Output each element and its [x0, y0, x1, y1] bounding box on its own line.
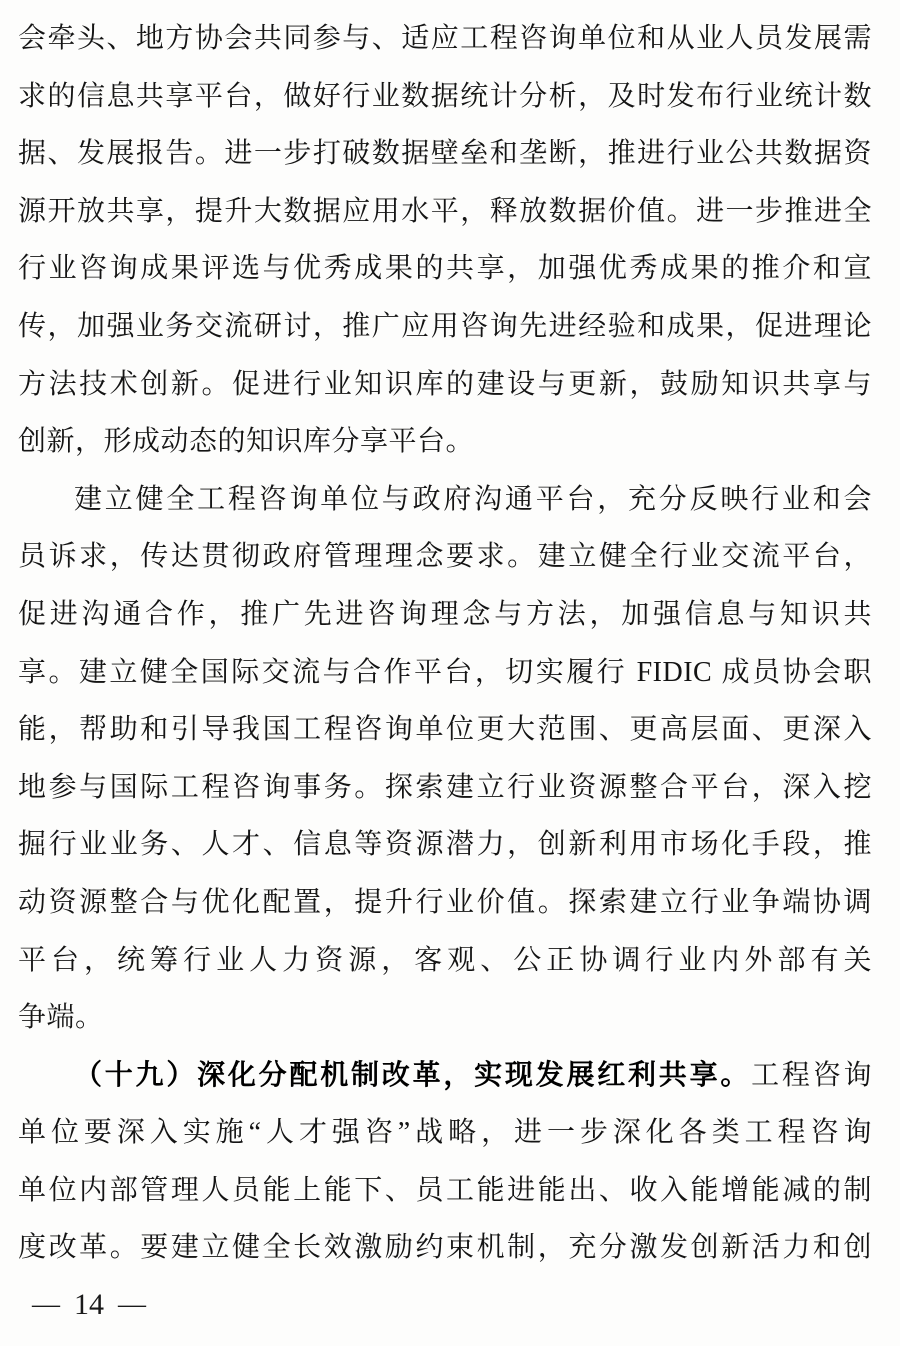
text-line: 平台，统筹行业人力资源，客观、公正协调行业内外部有关: [18, 932, 872, 990]
text-line: 据、发展报告。进一步打破数据壁垒和垄断，推进行业公共数据资: [18, 125, 872, 183]
text-line: 度改革。要建立健全长效激励约束机制，充分激发创新活力和创: [18, 1219, 872, 1277]
text-line: 地参与国际工程咨询事务。探索建立行业资源整合平台，深入挖: [18, 759, 872, 817]
paragraph-3: （十九）深化分配机制改革，实现发展红利共享。工程咨询 单位要深入实施“人才强咨”…: [18, 1047, 872, 1277]
text-line: 争端。: [18, 989, 872, 1047]
text-line: 享。建立健全国际交流与合作平台，切实履行 FIDIC 成员协会职: [18, 644, 872, 702]
document-page: 会牵头、地方协会共同参与、适应工程咨询单位和从业人员发展需 求的信息共享平台，做…: [0, 0, 900, 1346]
text-block: 会牵头、地方协会共同参与、适应工程咨询单位和从业人员发展需 求的信息共享平台，做…: [18, 10, 872, 1277]
text-line: 单位要深入实施“人才强咨”战略，进一步深化各类工程咨询: [18, 1104, 872, 1162]
page-footer: — 14 —: [18, 1286, 872, 1324]
text-line: 掘行业业务、人才、信息等资源潜力，创新利用市场化手段，推: [18, 816, 872, 874]
paragraph-2: 建立健全工程咨询单位与政府沟通平台，充分反映行业和会 员诉求，传达贯彻政府管理理…: [18, 471, 872, 1047]
text-line: 会牵头、地方协会共同参与、适应工程咨询单位和从业人员发展需: [18, 10, 872, 68]
text-line: 单位内部管理人员能上能下、员工能进能出、收入能增能减的制: [18, 1162, 872, 1220]
section-heading-line: （十九）深化分配机制改革，实现发展红利共享。工程咨询: [18, 1047, 872, 1105]
page-number: 14: [74, 1286, 104, 1324]
text-line: 促进沟通合作，推广先进咨询理念与方法，加强信息与知识共: [18, 586, 872, 644]
text-line: 建立健全工程咨询单位与政府沟通平台，充分反映行业和会: [18, 471, 872, 529]
text-line: 行业咨询成果评选与优秀成果的共享，加强优秀成果的推介和宣: [18, 240, 872, 298]
text-line: 能，帮助和引导我国工程咨询单位更大范围、更高层面、更深入: [18, 701, 872, 759]
footer-left-dash: —: [32, 1286, 60, 1324]
text-line: 方法技术创新。促进行业知识库的建设与更新，鼓励知识共享与: [18, 356, 872, 414]
footer-right-dash: —: [118, 1286, 146, 1324]
text-line: 动资源整合与优化配置，提升行业价值。探索建立行业争端协调: [18, 874, 872, 932]
paragraph-1: 会牵头、地方协会共同参与、适应工程咨询单位和从业人员发展需 求的信息共享平台，做…: [18, 10, 872, 471]
text-line: 源开放共享，提升大数据应用水平，释放数据价值。进一步推进全: [18, 183, 872, 241]
text-line: 创新，形成动态的知识库分享平台。: [18, 413, 872, 471]
section-heading-bold: （十九）深化分配机制改革，实现发展红利共享。: [74, 1060, 751, 1091]
text-line: 员诉求，传达贯彻政府管理理念要求。建立健全行业交流平台，: [18, 528, 872, 586]
text-line: 求的信息共享平台，做好行业数据统计分析，及时发布行业统计数: [18, 68, 872, 126]
text-line: 传，加强业务交流研讨，推广应用咨询先进经验和成果，促进理论: [18, 298, 872, 356]
section-heading-tail: 工程咨询: [751, 1060, 872, 1091]
